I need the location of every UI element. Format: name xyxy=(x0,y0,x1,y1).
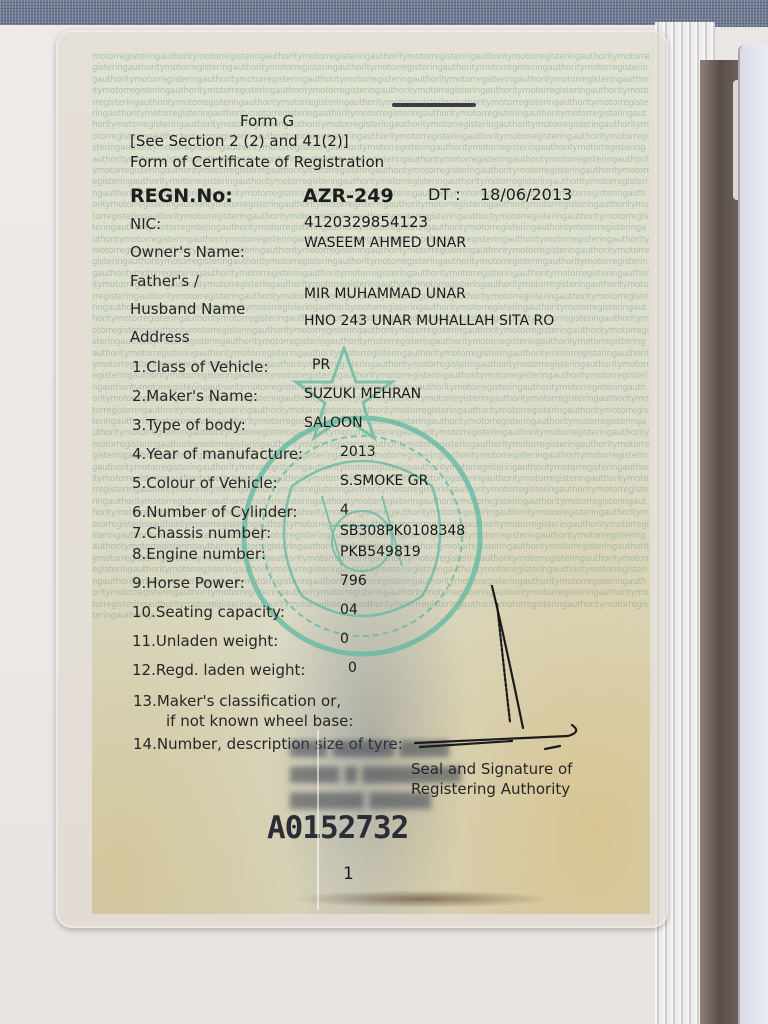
seal-caption-line1: Seal and Signature of xyxy=(411,760,572,778)
seal-caption-line2: Registering Authority xyxy=(411,780,570,798)
serial-number: A0152732 xyxy=(267,810,408,846)
card-crease xyxy=(317,730,319,910)
page-number: 1 xyxy=(343,864,354,884)
signature-icon xyxy=(0,0,768,1024)
